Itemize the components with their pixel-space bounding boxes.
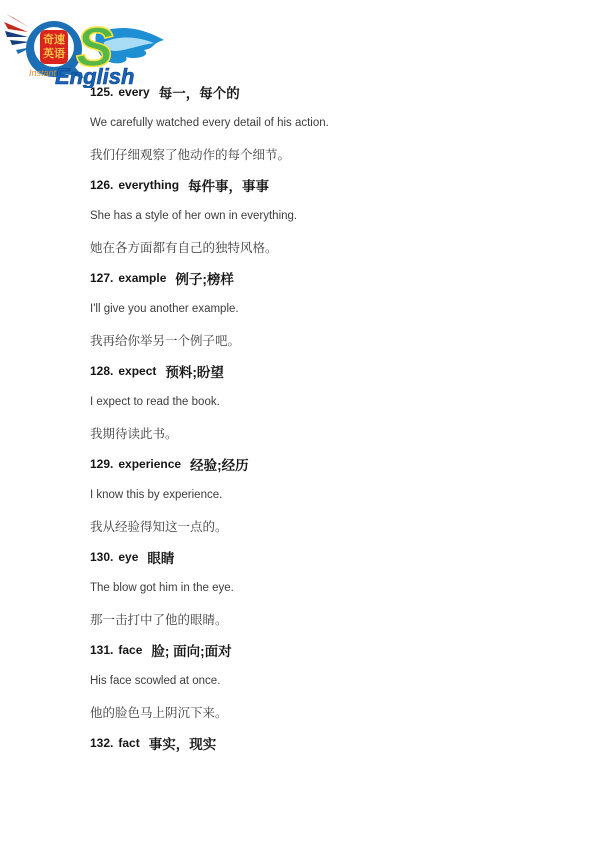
entry-heading: 132. fact 事实，现实 bbox=[90, 727, 560, 758]
entry-heading: 130. eye 眼睛 bbox=[90, 541, 560, 572]
vocab-entry: 127. example 例子;榜样 I'll give you another… bbox=[90, 262, 560, 355]
example-chinese: 她在各方面都有自己的独特风格。 bbox=[90, 231, 560, 262]
entry-word: eye bbox=[118, 550, 138, 564]
logo-badge-line2: 英语 bbox=[43, 46, 65, 60]
entry-word: experience bbox=[118, 457, 181, 471]
example-english: I expect to read the book. bbox=[90, 386, 560, 417]
logo-badge-line1: 奇速 bbox=[43, 32, 65, 46]
vocab-list: 125. every 每一，每个的 We carefully watched e… bbox=[90, 76, 560, 758]
entry-heading: 127. example 例子;榜样 bbox=[90, 262, 560, 293]
entry-number: 128. bbox=[90, 364, 113, 378]
entry-number: 127. bbox=[90, 271, 113, 285]
entry-word: fact bbox=[118, 736, 139, 750]
example-english: His face scowled at once. bbox=[90, 665, 560, 696]
entry-heading: 125. every 每一，每个的 bbox=[90, 76, 560, 107]
entry-gloss: 预料;盼望 bbox=[165, 361, 224, 381]
entry-word: example bbox=[118, 271, 166, 285]
example-chinese: 我们仔细观察了他动作的每个细节。 bbox=[90, 138, 560, 169]
entry-heading: 126. everything 每件事，事事 bbox=[90, 169, 560, 200]
example-chinese: 那一击打中了他的眼睛。 bbox=[90, 603, 560, 634]
entry-gloss: 每一，每个的 bbox=[159, 82, 240, 102]
entry-number: 131. bbox=[90, 643, 113, 657]
example-english: The blow got him in the eye. bbox=[90, 572, 560, 603]
logo-instant-text: Instant bbox=[29, 68, 57, 78]
entry-gloss: 眼睛 bbox=[147, 547, 174, 567]
example-chinese: 我再给你举另一个例子吧。 bbox=[90, 324, 560, 355]
entry-heading: 129. experience 经验;经历 bbox=[90, 448, 560, 479]
entry-word: face bbox=[118, 643, 142, 657]
vocab-entry: 131. face 脸; 面向;面对 His face scowled at o… bbox=[90, 634, 560, 727]
entry-gloss: 每件事，事事 bbox=[188, 175, 269, 195]
entry-heading: 128. expect 预料;盼望 bbox=[90, 355, 560, 386]
document-page: 奇速 英语 S Instant English 125. every 每一，每个… bbox=[0, 0, 596, 842]
entry-gloss: 例子;榜样 bbox=[175, 268, 234, 288]
vocab-entry: 126. everything 每件事，事事 She has a style o… bbox=[90, 169, 560, 262]
vocab-entry: 132. fact 事实，现实 bbox=[90, 727, 560, 758]
vocab-entry: 129. experience 经验;经历 I know this by exp… bbox=[90, 448, 560, 541]
entry-word: expect bbox=[118, 364, 156, 378]
entry-gloss: 脸; 面向;面对 bbox=[151, 640, 231, 660]
example-chinese: 我期待读此书。 bbox=[90, 417, 560, 448]
vocab-entry: 128. expect 预料;盼望 I expect to read the b… bbox=[90, 355, 560, 448]
example-chinese: 我从经验得知这一点的。 bbox=[90, 510, 560, 541]
entry-heading: 131. face 脸; 面向;面对 bbox=[90, 634, 560, 665]
entry-number: 129. bbox=[90, 457, 113, 471]
entry-word: everything bbox=[118, 178, 179, 192]
entry-number: 132. bbox=[90, 736, 113, 750]
entry-word: every bbox=[118, 85, 149, 99]
example-english: She has a style of her own in everything… bbox=[90, 200, 560, 231]
vocab-entry: 130. eye 眼睛 The blow got him in the eye.… bbox=[90, 541, 560, 634]
logo-badge: 奇速 英语 bbox=[40, 30, 68, 64]
example-english: We carefully watched every detail of his… bbox=[90, 107, 560, 138]
entry-number: 130. bbox=[90, 550, 113, 564]
entry-gloss: 事实，现实 bbox=[149, 733, 217, 753]
example-english: I know this by experience. bbox=[90, 479, 560, 510]
example-english: I'll give you another example. bbox=[90, 293, 560, 324]
vocab-entry: 125. every 每一，每个的 We carefully watched e… bbox=[90, 76, 560, 169]
example-chinese: 他的脸色马上阴沉下来。 bbox=[90, 696, 560, 727]
entry-number: 126. bbox=[90, 178, 113, 192]
entry-gloss: 经验;经历 bbox=[190, 454, 249, 474]
entry-number: 125. bbox=[90, 85, 113, 99]
